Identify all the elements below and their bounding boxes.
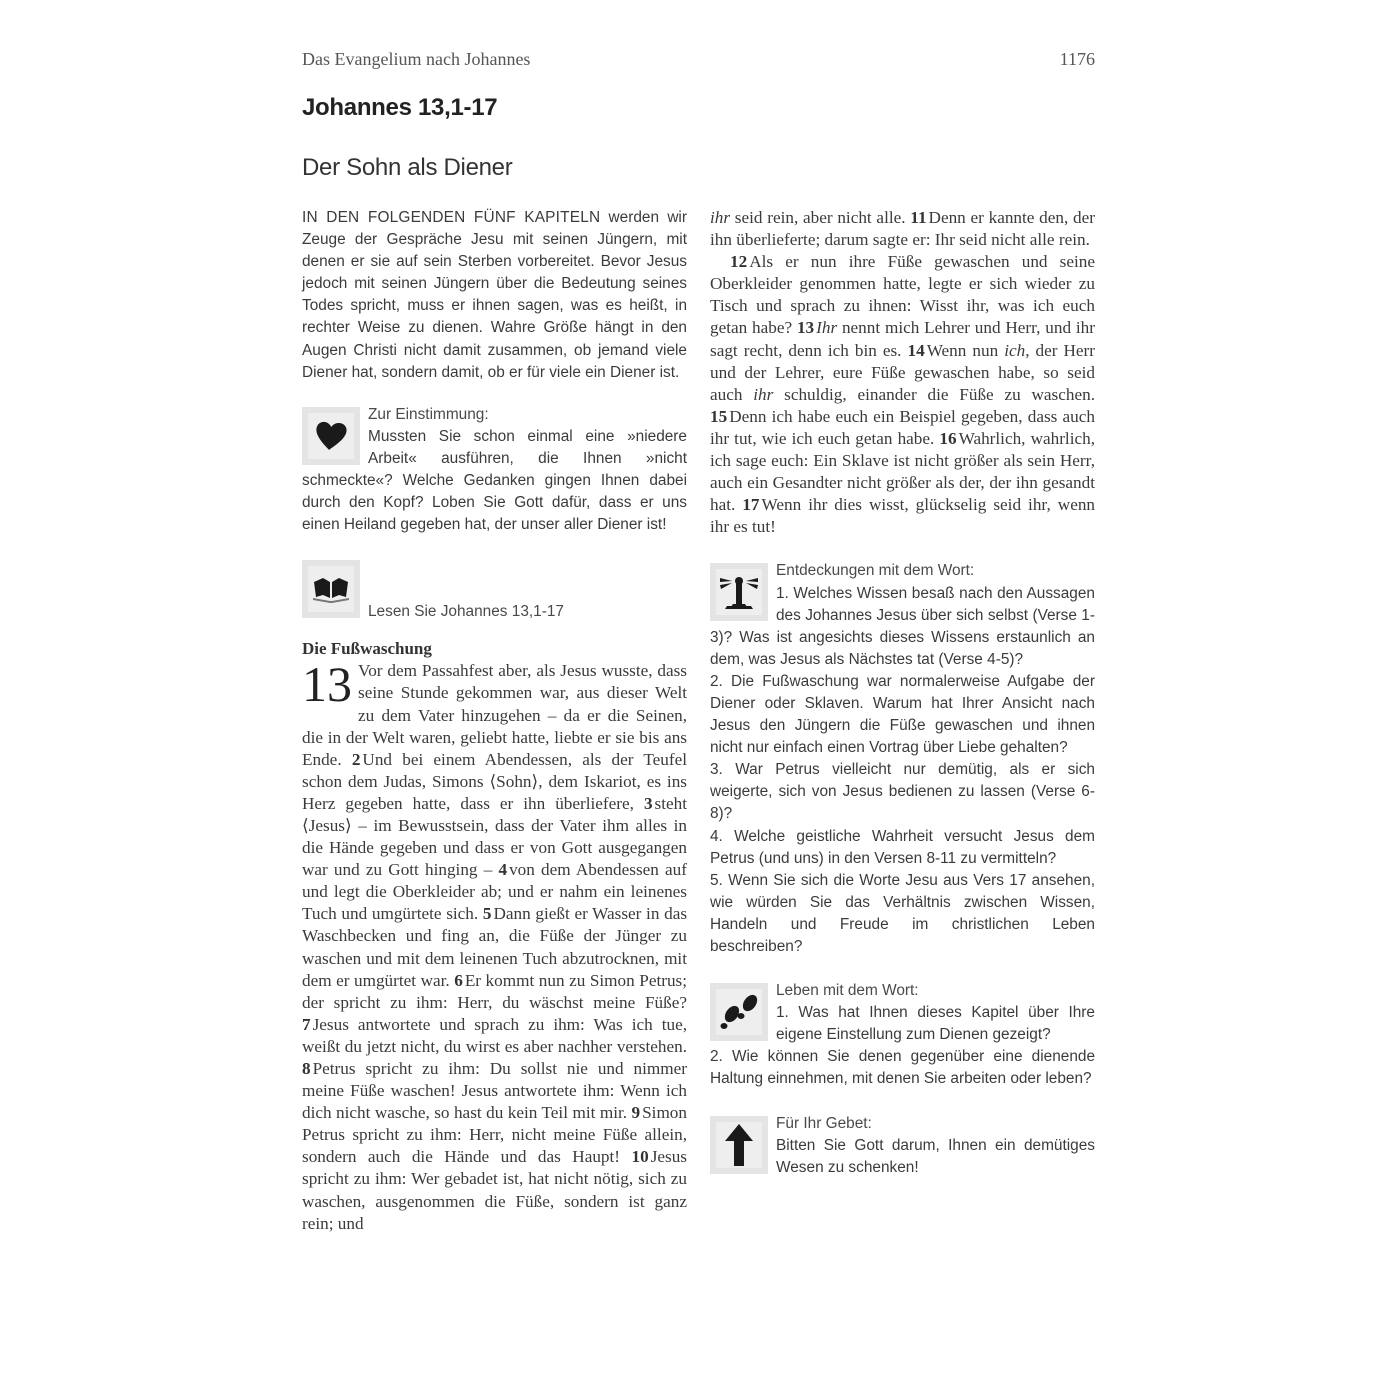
verse-number: 2 — [352, 750, 361, 769]
verse-13-emphasis: Ihr — [816, 318, 837, 337]
arrow-up-icon — [723, 1123, 755, 1167]
verse-number: 8 — [302, 1059, 311, 1078]
leben-item: 2. Wie können Sie denen gegenüber eine d… — [710, 1048, 1095, 1087]
gebet-box: Für Ihr Gebet: Bitten Sie Gott darum, Ih… — [710, 1113, 1095, 1179]
verse-number: 9 — [632, 1103, 641, 1122]
verse-number: 12 — [730, 252, 747, 271]
entdeckungen-item: 5. Wenn Sie sich die Worte Jesu aus Vers… — [710, 872, 1095, 955]
intro-lead-caps: IN DEN FOLGENDEN FÜNF KAPITELN — [302, 209, 600, 226]
verse-number: 17 — [742, 495, 759, 514]
verse-number: 15 — [710, 407, 727, 426]
entdeckungen-item: 4. Welche geistliche Wahrheit versucht J… — [710, 828, 1095, 867]
verse-17-text: Wenn ihr dies wisst, glückselig seid ihr… — [710, 495, 1095, 536]
verse-10-after: seid rein, aber nicht alle. — [730, 208, 910, 227]
verse-number: 10 — [632, 1147, 649, 1166]
book-page: Das Evangelium nach Johannes 1176 Johann… — [302, 0, 1095, 1400]
scripture-paragraph-2: 12Als er nun ihre Füße gewaschen und sei… — [710, 251, 1095, 538]
entdeckungen-item: 2. Die Fußwaschung war normalerweise Auf… — [710, 673, 1095, 756]
entdeckungen-icon-tile — [710, 563, 768, 621]
entdeckungen-item: 3. War Petrus vielleicht nur demütig, al… — [710, 761, 1095, 822]
lesen-label: Lesen Sie Johannes 13,1-17 — [368, 603, 564, 621]
verse-number: 13 — [797, 318, 814, 337]
entdeckungen-box: Entdeckungen mit dem Wort: 1. Welches Wi… — [710, 560, 1095, 958]
lesen-box: Lesen Sie Johannes 13,1-17 — [302, 560, 687, 626]
einstimmung-icon-tile — [302, 407, 360, 465]
verse-14-em2: ihr — [753, 385, 773, 404]
verse-number: 16 — [939, 429, 956, 448]
pericope-title: Die Fußwaschung — [302, 638, 687, 660]
intro-paragraph: IN DEN FOLGENDEN FÜNF KAPITELN werden wi… — [302, 207, 687, 384]
verse-7-text: Jesus antworte­te und sprach zu ihm: Was… — [302, 1015, 687, 1056]
page-number: 1176 — [1060, 49, 1095, 70]
scripture-paragraph-1: 13Vor dem Passahfest aber, als Jesus wus… — [302, 660, 687, 1234]
intro-text: werden wir Zeuge der Gespräche Jesu mit … — [302, 209, 687, 381]
verse-number: 4 — [498, 860, 507, 879]
verse-number: 3 — [644, 794, 653, 813]
open-book-icon — [311, 574, 351, 604]
scripture-paragraph-1-continued: ihr seid rein, aber nicht alle. 11Denn e… — [710, 207, 1095, 251]
leben-icon-tile — [710, 983, 768, 1041]
verse-14-c: schuldig, einander die Füße zu waschen. — [773, 385, 1095, 404]
lesen-icon-tile — [302, 560, 360, 618]
section-title: Der Sohn als Diener — [302, 154, 512, 182]
leben-item: 1. Was hat Ihnen dieses Kapitel über Ihr… — [776, 1004, 1095, 1043]
running-title: Das Evangelium nach Johannes — [302, 49, 530, 70]
leben-box: Leben mit dem Wort: 1. Was hat Ihnen die… — [710, 980, 1095, 1090]
verse-number: 14 — [908, 341, 925, 360]
reference-title: Johannes 13,1-17 — [302, 94, 497, 122]
verse-8-text: Petrus spricht zu ihm: Du sollst nie und… — [302, 1059, 687, 1122]
verse-number: 6 — [454, 971, 463, 990]
verse-14-em1: ich — [1004, 341, 1025, 360]
verse-10-emphasis: ihr — [710, 208, 730, 227]
verse-number: 5 — [483, 904, 492, 923]
chapter-number: 13 — [302, 663, 352, 705]
left-column: IN DEN FOLGENDEN FÜNF KAPITELN werden wi… — [302, 207, 687, 1235]
verse-14-a: Wenn nun — [927, 341, 1005, 360]
gebet-text: Bitten Sie Gott darum, Ihnen ein demüti­… — [776, 1137, 1095, 1176]
einstimmung-box: Zur Einstimmung: Mussten Sie schon einma… — [302, 404, 687, 537]
gebet-icon-tile — [710, 1116, 768, 1174]
right-column: ihr seid rein, aber nicht alle. 11Denn e… — [710, 207, 1095, 1179]
lighthouse-icon — [718, 572, 760, 612]
footprints-icon — [718, 992, 760, 1032]
verse-number: 11 — [910, 208, 926, 227]
verse-number: 7 — [302, 1015, 311, 1034]
heart-icon — [313, 419, 349, 453]
